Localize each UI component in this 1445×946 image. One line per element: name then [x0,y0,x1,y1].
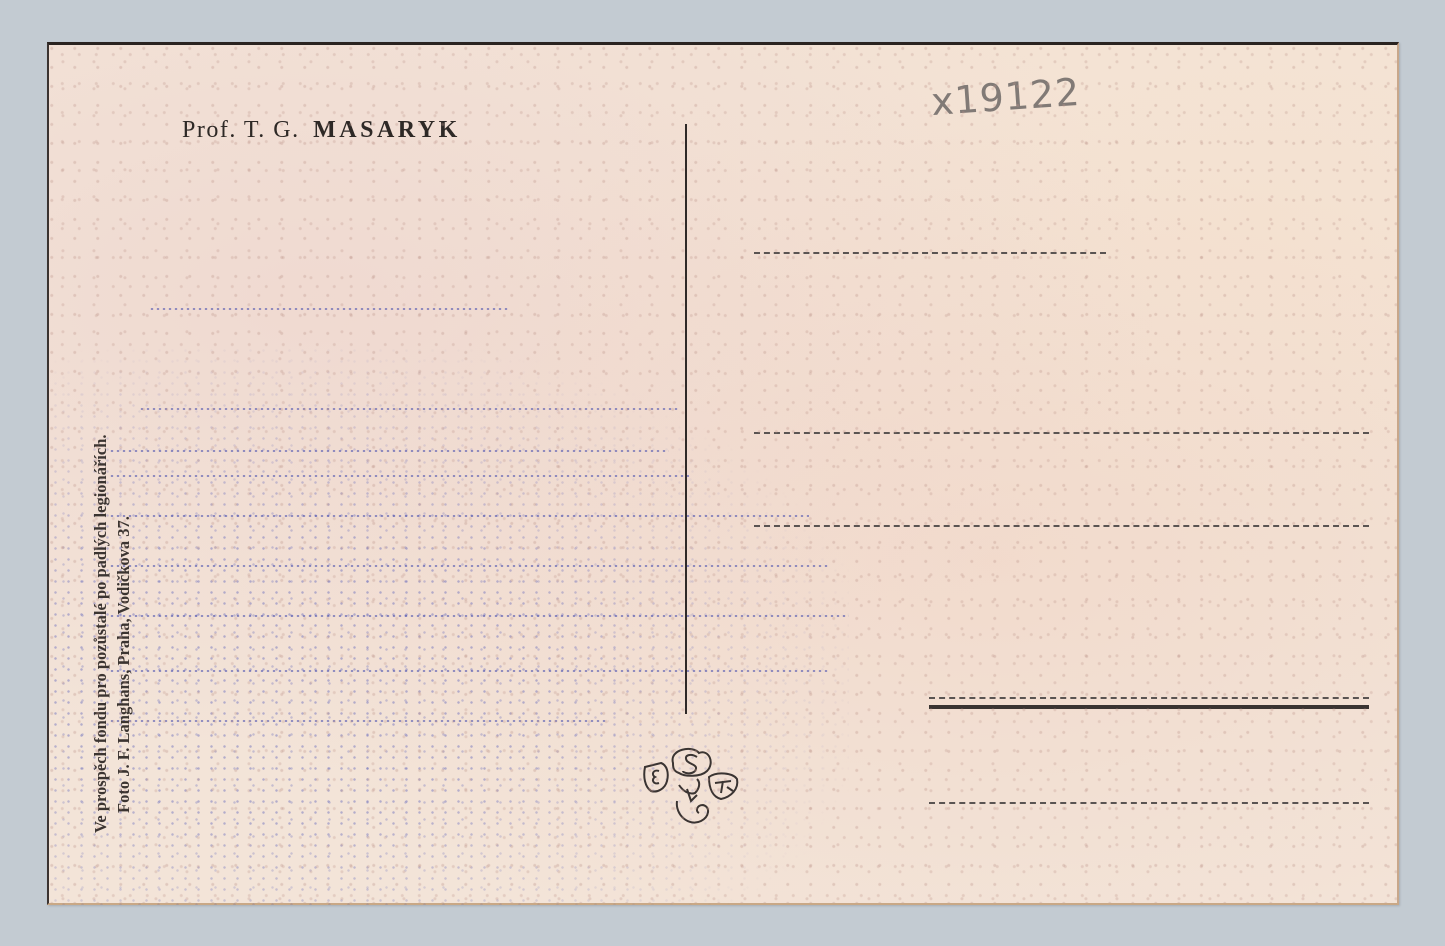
center-divider [685,124,687,714]
pencil-archive-number: x19122 [930,70,1082,124]
postcard-heading: Prof. T. G. MASARYK [182,117,461,144]
handwriting-line [109,720,609,722]
handwriting-line [109,475,689,477]
heading-name: MASARYK [313,117,461,143]
handwriting-line [109,670,829,672]
handwriting-line [139,408,679,410]
handwriting-line [109,615,849,617]
address-line [929,697,1369,699]
address-underline [929,705,1369,709]
handwriting-line [109,565,829,567]
handwriting-line [149,308,509,310]
address-line [754,525,1369,527]
heading-prefix: Prof. T. G. [182,117,300,143]
postcard-back: Prof. T. G. MASARYK x19122 Ve prospěch f… [47,42,1399,905]
publisher-imprint: Ve prospěch fondu pro pozůstalé po padlý… [89,153,135,833]
publisher-monogram-icon [639,745,749,835]
imprint-line-2: Foto J. F. Langhans, Praha, Vodičkova 37… [112,153,135,833]
address-line [754,252,1106,254]
imprint-line-1: Ve prospěch fondu pro pozůstalé po padlý… [89,153,112,833]
address-line [929,802,1369,804]
handwriting-line [109,515,809,517]
handwriting-line [109,450,669,452]
address-line [754,432,1369,434]
